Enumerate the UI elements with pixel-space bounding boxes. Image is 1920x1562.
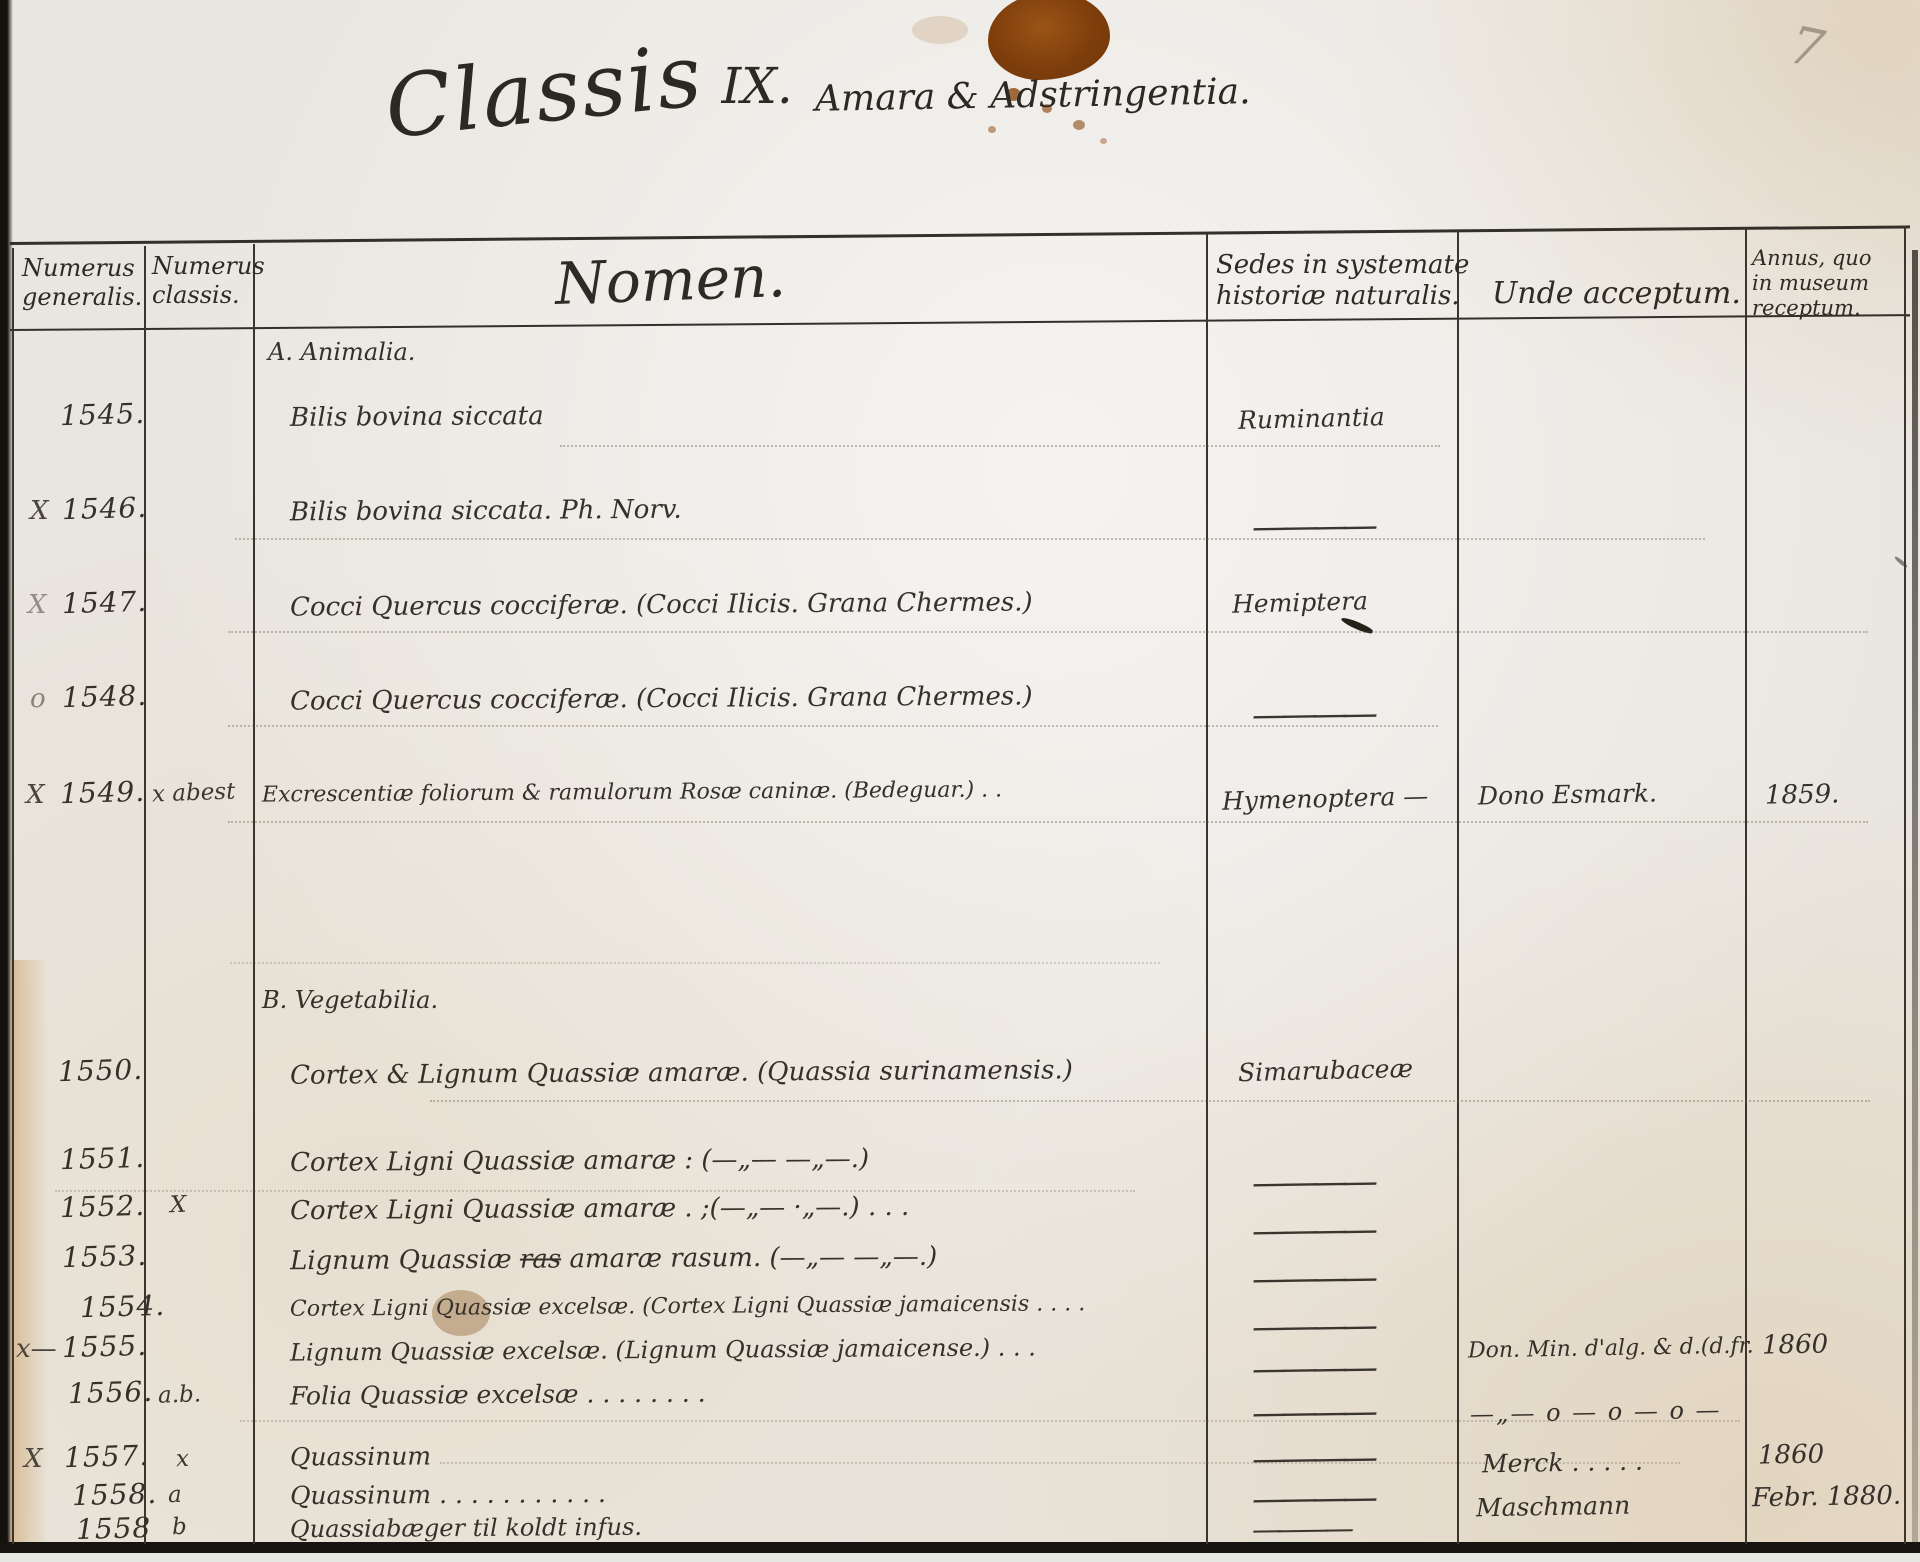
row-margin-mark: X (26, 780, 45, 810)
row-number: 1548. (62, 679, 148, 714)
row-unde: Don. Min. d'alg. & d.(d.fr. (1468, 1334, 1754, 1364)
row-nomen: Folia Quassiæ excelsæ . . . . . . . . (290, 1379, 706, 1411)
ledger-page: { "page": { "number": "7", "title": { "w… (0, 0, 1920, 1562)
header-numerus-generalis: Numerus generalis. (22, 254, 142, 312)
table-vline-4 (1457, 231, 1459, 1544)
row-sedes-ditto: ———— (1252, 505, 1373, 548)
title-subtitle: Amara & Adstringentia. (814, 71, 1250, 120)
row-nomen-part: amaræ rasum. (—„— —„—.) (561, 1242, 937, 1275)
row-sedes-ditto: ———— (1252, 1209, 1373, 1252)
row-classis-note: X (170, 1192, 187, 1219)
row-classis-note: a.b. (158, 1381, 202, 1408)
row-sedes-ditto: ———— (1252, 1305, 1373, 1348)
row-number: 1556. (68, 1375, 154, 1410)
table-right-border (1904, 226, 1906, 1544)
row-nomen: Cortex Ligni Quassiæ amaræ : (—„— —„—.) (290, 1144, 869, 1178)
row-number: 1545. (60, 397, 146, 432)
header-line: in museum (1752, 271, 1871, 296)
leader-dots (430, 1100, 1870, 1102)
leader-dots (228, 821, 1868, 823)
row-number: 1546. (62, 491, 148, 526)
table-vline-3 (1206, 234, 1208, 1544)
row-margin-mark: X (30, 496, 49, 526)
section-animalia: A. Animalia. (268, 338, 415, 366)
header-line: Numerus (152, 252, 265, 281)
row-nomen-part: Lignum Quassiæ (290, 1245, 520, 1277)
row-nomen: Quassinum . . . . . . . . . . . (290, 1479, 606, 1510)
row-margin-mark: X (28, 590, 47, 620)
row-nomen: Cocci Quercus cocciferæ. (Cocci Ilicis. … (290, 681, 1033, 716)
leader-dots (230, 962, 1160, 964)
row-nomen: Cortex Ligni Quassiæ amaræ . ;(—„— ·„—.)… (290, 1192, 909, 1226)
header-line: generalis. (22, 283, 142, 312)
row-sedes-ditto: ———— (1252, 1161, 1373, 1204)
row-classis-note: x (176, 1446, 190, 1472)
row-sedes-ditto: ———— (1252, 1257, 1373, 1300)
row-unde: Merck . . . . . (1482, 1447, 1643, 1479)
row-sedes: Simarubaceæ (1238, 1054, 1414, 1088)
leader-dots (55, 1190, 1135, 1192)
row-classis-note: x abest (152, 779, 236, 808)
faint-stain (912, 16, 968, 44)
row-number: 1553. (62, 1239, 148, 1274)
row-unde-ditto: —„— o — o — o — (1470, 1396, 1722, 1428)
leader-dots (228, 631, 1868, 633)
row-number: 1558. (72, 1477, 158, 1512)
row-margin-mark: X (24, 1444, 43, 1474)
scan-bottom-margin (0, 1553, 1920, 1562)
row-number: 1555. (62, 1329, 148, 1364)
header-line: receptum. (1752, 296, 1871, 321)
row-sedes: Hymenoptera — (1222, 781, 1429, 815)
row-nomen: Bilis bovina siccata. Ph. Norv. (290, 495, 682, 528)
scan-bottom-edge (0, 1542, 1920, 1553)
row-nomen: Cocci Quercus cocciferæ. (Cocci Ilicis. … (290, 587, 1033, 622)
row-sedes: Hemiptera (1232, 586, 1369, 619)
row-number: 1554. (80, 1289, 166, 1324)
row-annus: 1859. (1765, 779, 1840, 810)
row-unde: Maschmann (1476, 1491, 1631, 1523)
row-nomen: Bilis bovina siccata (290, 401, 544, 433)
header-line: Sedes in systemate (1216, 250, 1469, 281)
table-vline-2 (253, 244, 255, 1544)
row-sedes-ditto: ———— (1252, 1391, 1373, 1434)
row-classis-note: b (172, 1514, 188, 1540)
row-margin-mark: o (30, 684, 46, 714)
header-line: classis. (152, 281, 265, 310)
row-nomen: Lignum Quassiæ ras amaræ rasum. (—„— —„—… (290, 1242, 937, 1277)
row-number: 1552. (60, 1189, 146, 1224)
row-nomen: Cortex & Lignum Quassiæ amaræ. (Quassia … (290, 1055, 1073, 1090)
row-number: 1557. (64, 1439, 150, 1474)
row-nomen-struck: ras (520, 1244, 561, 1274)
page-title: ClassisIX.Amara & Adstringentia. (385, 42, 1250, 142)
row-number: 1551. (60, 1141, 146, 1176)
leader-dots (235, 538, 1705, 540)
row-sedes-ditto: ———— (1252, 1347, 1373, 1390)
header-line: Annus, quo (1752, 246, 1871, 271)
row-nomen: Quassinum (290, 1442, 431, 1472)
row-annus: 1860 (1762, 1329, 1829, 1360)
header-annus: Annus, quo in museum receptum. (1752, 246, 1871, 322)
row-nomen: Quassiabæger til koldt infus. (290, 1513, 642, 1543)
table-left-border (12, 248, 14, 1544)
header-numerus-classis: Numerus classis. (152, 252, 265, 310)
title-class-number: IX. (722, 57, 793, 115)
leader-dots (560, 445, 1440, 447)
row-annus: 1860 (1758, 1439, 1825, 1470)
row-sedes-ditto: ———— (1252, 1437, 1373, 1480)
header-nomen: Nomen. (554, 242, 787, 320)
row-number: 1558 (76, 1511, 152, 1546)
row-number: 1547. (62, 585, 148, 620)
row-sedes: Ruminantia (1238, 402, 1385, 435)
header-sedes: Sedes in systemate historiæ naturalis. (1216, 250, 1469, 312)
header-unde-acceptum: Unde acceptum. (1492, 276, 1741, 312)
row-sedes-ditto: ———— (1252, 1511, 1348, 1547)
header-line: Numerus (22, 254, 142, 283)
row-annus: Febr. 1880. (1752, 1481, 1902, 1514)
header-line: historiæ naturalis. (1216, 281, 1469, 312)
row-number: 1549. (60, 775, 146, 810)
row-margin-mark: x— (16, 1334, 57, 1364)
section-vegetabilia: B. Vegetabilia. (262, 986, 438, 1014)
row-number: 1550. (58, 1053, 144, 1088)
row-sedes-ditto: ———— (1252, 693, 1373, 736)
row-classis-note: a (168, 1482, 183, 1508)
row-nomen: Lignum Quassiæ excelsæ. (Lignum Quassiæ … (290, 1333, 1036, 1366)
title-classis: Classis (381, 26, 708, 159)
row-nomen: Excrescentiæ foliorum & ramulorum Rosæ c… (262, 777, 1002, 807)
row-unde: Dono Esmark. (1478, 778, 1657, 810)
paper-right-edge (1912, 250, 1918, 1562)
